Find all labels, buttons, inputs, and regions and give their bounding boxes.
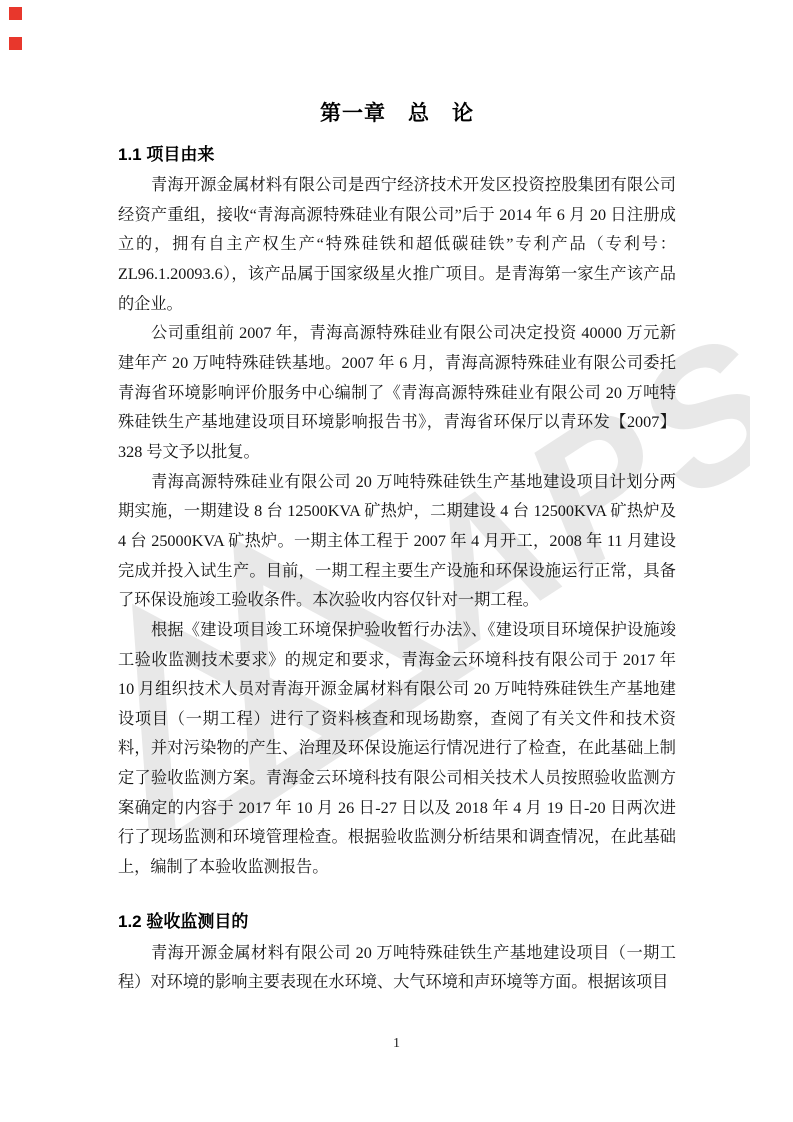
paragraph-project-origin-2: 公司重组前 2007 年，青海高源特殊硅业有限公司决定投资 40000 万元新建… (118, 319, 676, 467)
paragraph-project-origin-1: 青海开源金属材料有限公司是西宁经济技术开发区投资控股集团有限公司经资产重组，接收… (118, 171, 676, 319)
document-page: APS 第一章 总 论 1.1 项目由来 青海开源金属材料有限公司是西宁经济技术… (0, 0, 793, 1122)
section-heading-1-2: 1.2 验收监测目的 (118, 911, 676, 933)
paragraph-project-origin-4: 根据《建设项目竣工环境保护验收暂行办法》、《建设项目环境保护设施竣工验收监测技术… (118, 616, 676, 883)
paragraph-project-origin-3: 青海高源特殊硅业有限公司 20 万吨特殊硅铁生产基地建设项目计划分两期实施，一期… (118, 468, 676, 616)
paragraph-monitoring-purpose-1: 青海开源金属材料有限公司 20 万吨特殊硅铁生产基地建设项目（一期工程）对环境的… (118, 939, 676, 998)
red-marker-top (9, 7, 22, 20)
red-marker-bottom (9, 37, 22, 50)
section-heading-1-1: 1.1 项目由来 (118, 144, 676, 166)
chapter-title: 第一章 总 论 (118, 101, 676, 127)
document-content: 第一章 总 论 1.1 项目由来 青海开源金属材料有限公司是西宁经济技术开发区投… (118, 0, 676, 998)
page-number: 1 (0, 1036, 793, 1052)
